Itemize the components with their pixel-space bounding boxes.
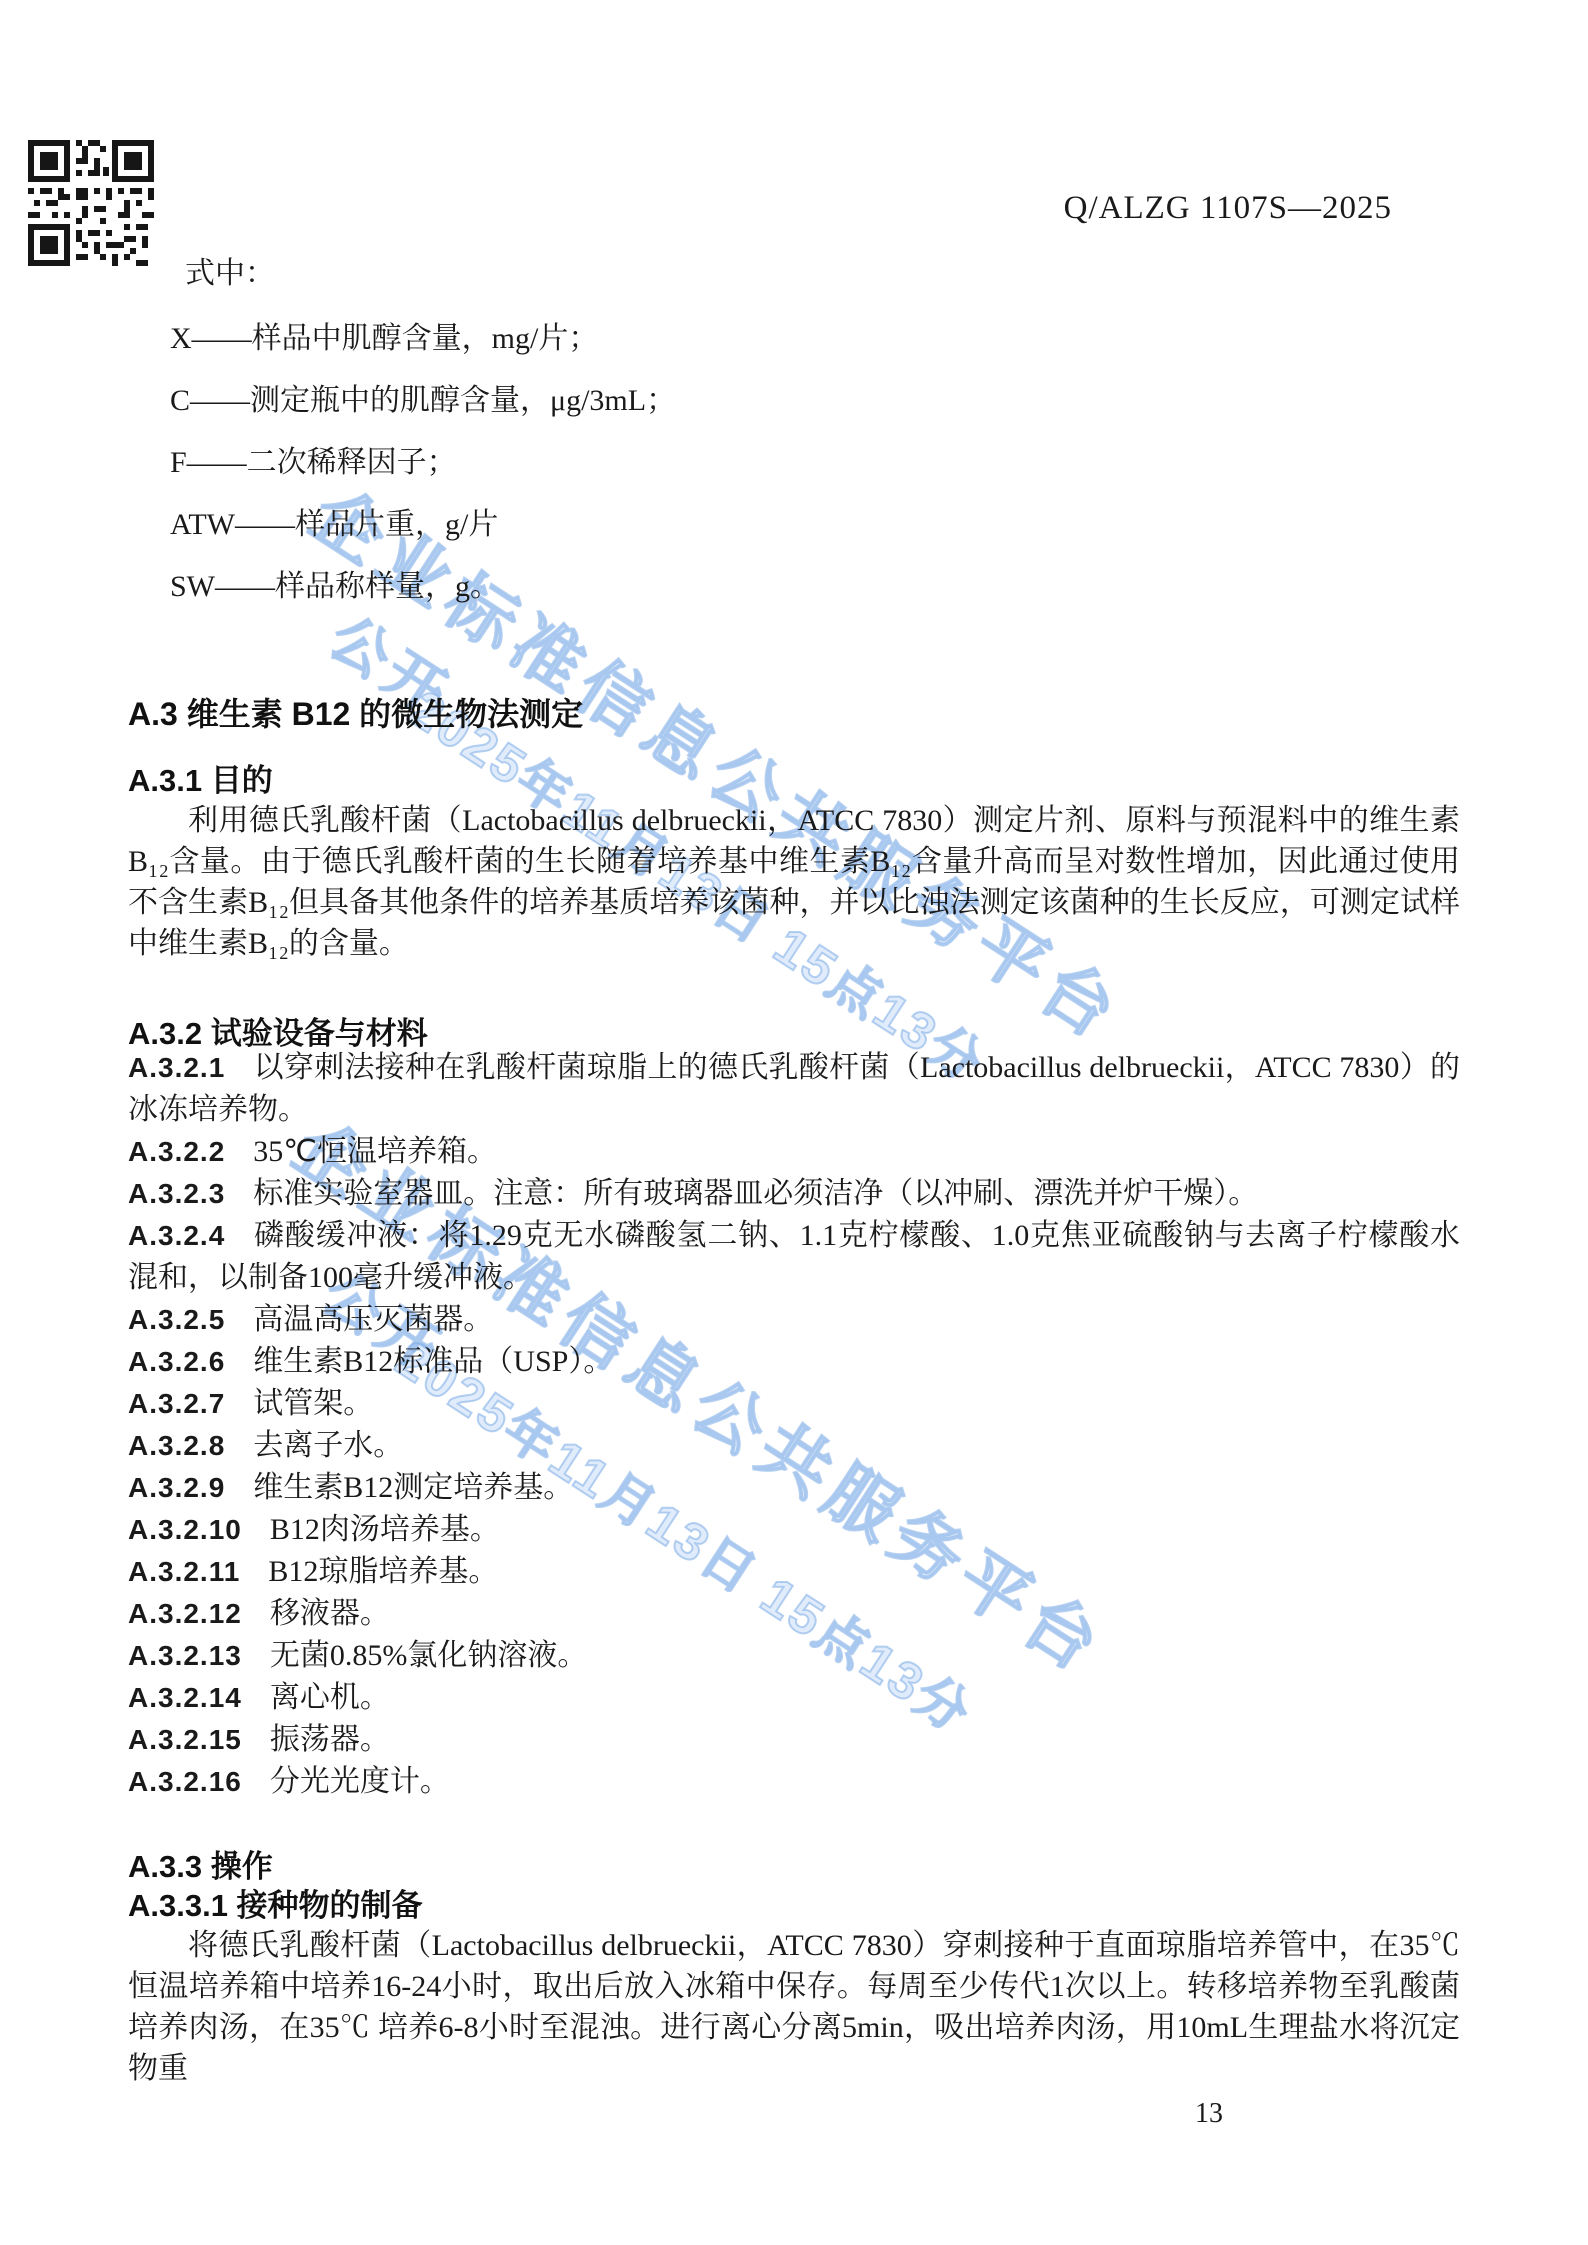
clause-text: B12肉汤培养基。	[270, 1513, 500, 1546]
clause-item: A.3.2.8去离子水。	[128, 1425, 1460, 1467]
clause-number: A.3.2.8	[128, 1430, 225, 1461]
clause-item: A.3.2.1以穿刺法接种在乳酸杆菌琼脂上的德氏乳酸杆菌（Lactobacill…	[128, 1047, 1460, 1131]
clause-text: 35℃恒温培养箱。	[253, 1135, 497, 1168]
formula-variable: SW——样品称样量，g。	[128, 552, 1460, 614]
clause-item: A.3.2.4磷酸缓冲液：将1.29克无水磷酸氢二钠、1.1克柠檬酸、1.0克焦…	[128, 1215, 1460, 1299]
clause-number: A.3.2.3	[128, 1178, 225, 1209]
clause-number: A.3.2.4	[128, 1220, 225, 1251]
clause-text: 试管架。	[253, 1387, 373, 1420]
formula-variable-list: X——样品中肌醇含量，mg/片； C——测定瓶中的肌醇含量，μg/3mL； F—…	[128, 304, 1460, 614]
clause-item: A.3.2.7试管架。	[128, 1383, 1460, 1425]
clause-text: B12琼脂培养基。	[268, 1555, 498, 1588]
clause-text: 维生素B12测定培养基。	[253, 1471, 573, 1504]
clause-text: 离心机。	[270, 1681, 390, 1714]
clause-item: A.3.2.12移液器。	[128, 1593, 1460, 1635]
formula-variable: F——二次稀释因子；	[128, 428, 1460, 490]
clause-number: A.3.2.15	[128, 1724, 242, 1755]
clause-item: A.3.2.10B12肉汤培养基。	[128, 1509, 1460, 1551]
doc-code: Q/ALZG 1107S—2025	[1064, 190, 1392, 227]
clause-item: A.3.2.16分光光度计。	[128, 1761, 1460, 1803]
clause-number: A.3.2.7	[128, 1388, 225, 1419]
clause-text: 以穿刺法接种在乳酸杆菌琼脂上的德氏乳酸杆菌（Lactobacillus delb…	[128, 1051, 1460, 1126]
clause-number: A.3.2.9	[128, 1472, 225, 1503]
formula-variable: ATW——样品片重，g/片	[128, 490, 1460, 552]
clause-number: A.3.2.6	[128, 1346, 225, 1377]
clause-text: 移液器。	[270, 1597, 390, 1630]
formula-intro: 式中：	[128, 250, 1460, 290]
clause-number: A.3.2.1	[128, 1052, 225, 1083]
document-body: 式中： X——样品中肌醇含量，mg/片； C——测定瓶中的肌醇含量，μg/3mL…	[128, 250, 1460, 2089]
clause-item: A.3.2.235℃恒温培养箱。	[128, 1131, 1460, 1173]
clause-item: A.3.2.3标准实验室器皿。注意：所有玻璃器皿必须洁净（以冲刷、漂洗并炉干燥）…	[128, 1173, 1460, 1215]
clause-item: A.3.2.14离心机。	[128, 1677, 1460, 1719]
clause-item: A.3.2.9维生素B12测定培养基。	[128, 1467, 1460, 1509]
clause-text: 标准实验室器皿。注意：所有玻璃器皿必须洁净（以冲刷、漂洗并炉干燥）。	[253, 1177, 1258, 1210]
document-page: Q/ALZG 1107S—2025 企业标准信息公共服务平台 公开 2025年1…	[0, 0, 1588, 2245]
clause-item: A.3.2.15振荡器。	[128, 1719, 1460, 1761]
section-heading-a3: A.3 维生素 B12 的微生物法测定	[128, 689, 1460, 735]
clause-text: 磷酸缓冲液：将1.29克无水磷酸氢二钠、1.1克柠檬酸、1.0克焦亚硫酸钠与去离…	[128, 1219, 1460, 1294]
clause-number: A.3.2.12	[128, 1598, 242, 1629]
clause-number: A.3.2.14	[128, 1682, 242, 1713]
clause-text: 维生素B12标准品（USP）。	[253, 1345, 613, 1378]
clause-text: 去离子水。	[253, 1429, 403, 1462]
formula-variable: X——样品中肌醇含量，mg/片；	[128, 304, 1460, 366]
clause-item: A.3.2.5高温高压灭菌器。	[128, 1299, 1460, 1341]
section-heading-a31: A.3.1 目的	[128, 756, 1460, 798]
paragraph-a31: 利用德氏乳酸杆菌（Lactobacillus delbrueckii，ATCC …	[128, 800, 1460, 964]
clause-text: 高温高压灭菌器。	[253, 1303, 493, 1336]
clause-number: A.3.2.13	[128, 1640, 242, 1671]
clause-number: A.3.2.10	[128, 1514, 242, 1545]
clause-number: A.3.2.2	[128, 1136, 225, 1167]
formula-variable: C——测定瓶中的肌醇含量，μg/3mL；	[128, 366, 1460, 428]
clause-item: A.3.2.13无菌0.85%氯化钠溶液。	[128, 1635, 1460, 1677]
clause-item: A.3.2.11B12琼脂培养基。	[128, 1551, 1460, 1593]
section-heading-a33: A.3.3 操作	[128, 1842, 1460, 1884]
paragraph-a331: 将德氏乳酸杆菌（Lactobacillus delbrueckii，ATCC 7…	[128, 1925, 1460, 2089]
section-heading-a32: A.3.2 试验设备与材料	[128, 1009, 1460, 1051]
clause-text: 振荡器。	[270, 1723, 390, 1756]
clause-text: 分光光度计。	[270, 1765, 450, 1798]
clause-text: 无菌0.85%氯化钠溶液。	[270, 1639, 588, 1672]
clause-number: A.3.2.16	[128, 1766, 242, 1797]
qr-code-icon	[28, 140, 154, 266]
clause-number: A.3.2.5	[128, 1304, 225, 1335]
section-heading-a331: A.3.3.1 接种物的制备	[128, 1881, 1460, 1923]
clause-list: A.3.2.1以穿刺法接种在乳酸杆菌琼脂上的德氏乳酸杆菌（Lactobacill…	[128, 1047, 1460, 1803]
clause-item: A.3.2.6维生素B12标准品（USP）。	[128, 1341, 1460, 1383]
clause-number: A.3.2.11	[128, 1556, 240, 1587]
page-number: 13	[1195, 2098, 1223, 2130]
